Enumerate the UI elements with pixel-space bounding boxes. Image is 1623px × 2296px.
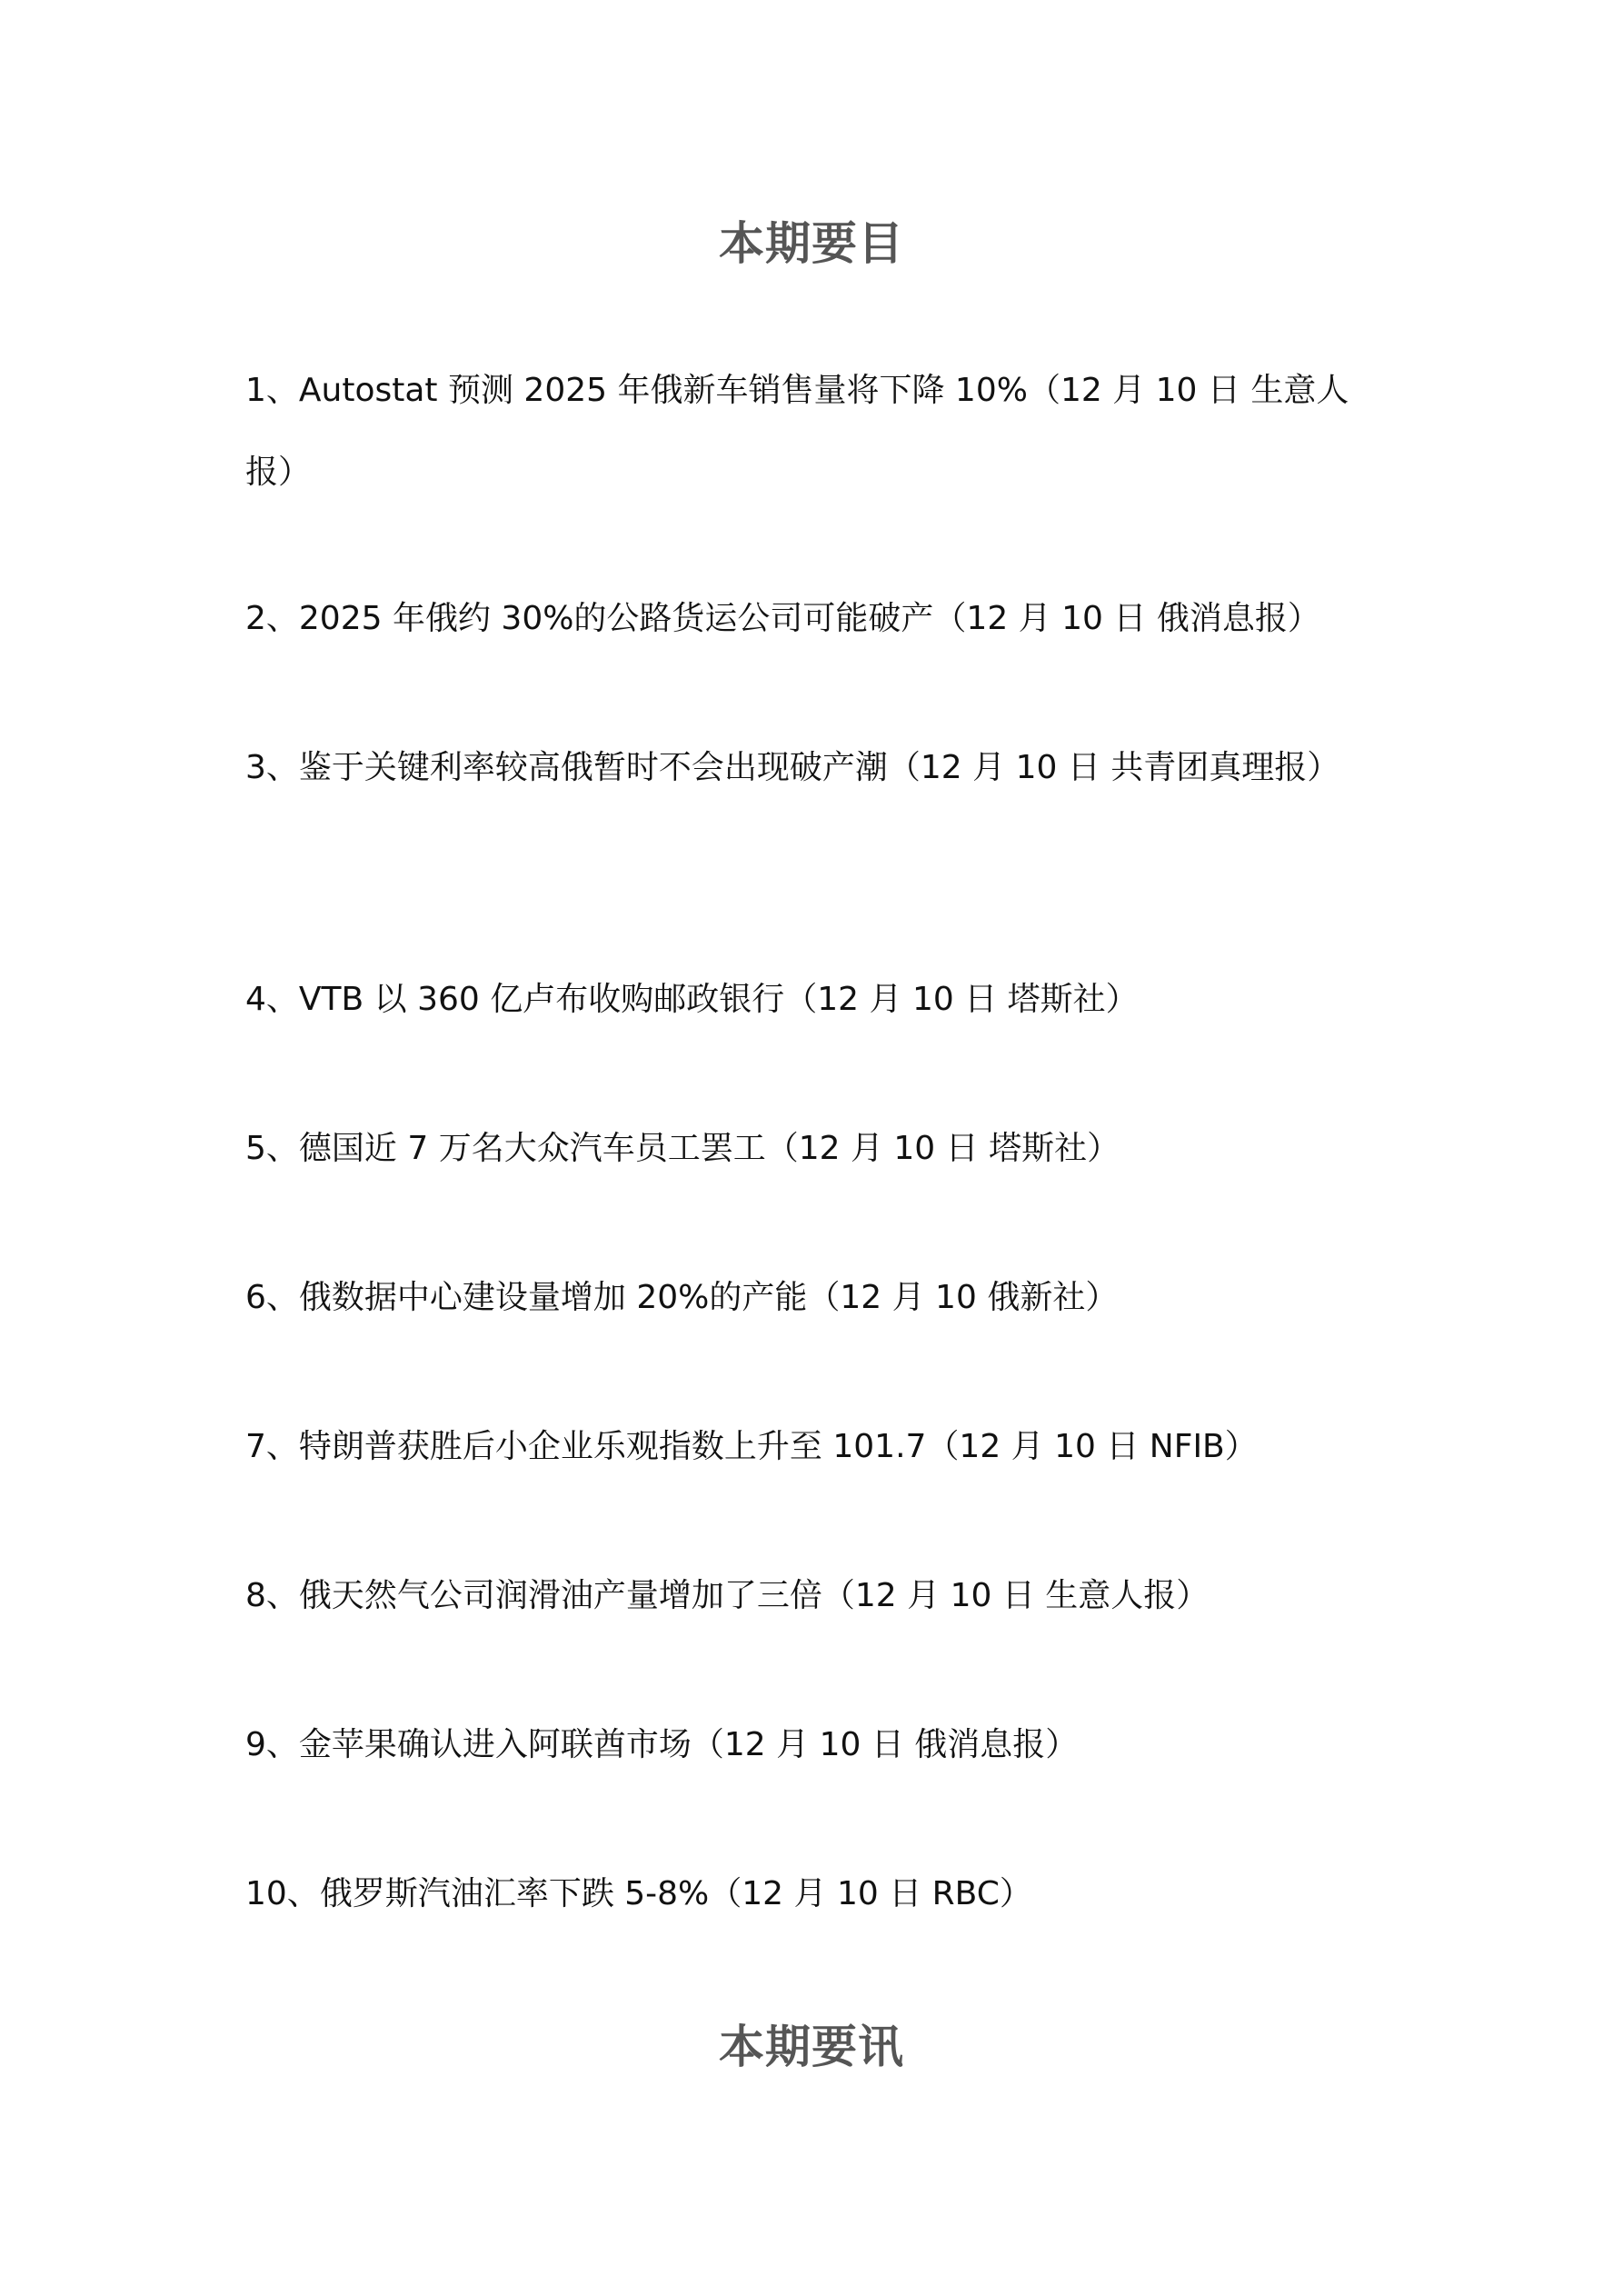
item-text: 俄数据中心建设量增加 20%的产能（12 月 10 俄新社） bbox=[299, 1279, 1118, 1316]
list-item-9: 9、金苹果确认进入阿联酋市场（12 月 10 日 俄消息报） bbox=[245, 1704, 1390, 1786]
section-title-news: 本期要讯 bbox=[0, 2011, 1623, 2076]
item-number: 4、 bbox=[245, 981, 299, 1018]
list-item-8: 8、俄天然气公司润滑油产量增加了三倍（12 月 10 日 生意人报） bbox=[245, 1555, 1390, 1637]
list-item-5: 5、德国近 7 万名大众汽车员工罢工（12 月 10 日 塔斯社） bbox=[245, 1108, 1390, 1190]
item-text: 俄天然气公司润滑油产量增加了三倍（12 月 10 日 生意人报） bbox=[299, 1577, 1209, 1614]
item-text: 德国近 7 万名大众汽车员工罢工（12 月 10 日 塔斯社） bbox=[299, 1130, 1120, 1167]
item-text: 鉴于关键利率较高俄暂时不会出现破产潮（12 月 10 日 共青团真理报） bbox=[299, 749, 1339, 786]
list-item-2: 2、2025 年俄约 30%的公路货运公司可能破产（12 月 10 日 俄消息报… bbox=[245, 578, 1390, 660]
item-number: 5、 bbox=[245, 1130, 299, 1167]
list-item-3: 3、鉴于关键利率较高俄暂时不会出现破产潮（12 月 10 日 共青团真理报） bbox=[245, 727, 1390, 809]
item-number: 10、 bbox=[245, 1875, 320, 1912]
item-text: 金苹果确认进入阿联酋市场（12 月 10 日 俄消息报） bbox=[299, 1726, 1078, 1763]
item-number: 8、 bbox=[245, 1577, 299, 1614]
section-title-contents: 本期要目 bbox=[0, 207, 1623, 273]
list-item-10: 10、俄罗斯汽油汇率下跌 5-8%（12 月 10 日 RBC） bbox=[245, 1853, 1390, 1935]
item-number: 6、 bbox=[245, 1279, 299, 1316]
item-text: 俄罗斯汽油汇率下跌 5-8%（12 月 10 日 RBC） bbox=[320, 1875, 1032, 1912]
list-item-7: 7、特朗普获胜后小企业乐观指数上升至 101.7（12 月 10 日 NFIB） bbox=[245, 1406, 1390, 1488]
list-item-4: 4、VTB 以 360 亿卢布收购邮政银行（12 月 10 日 塔斯社） bbox=[245, 959, 1390, 1041]
item-text: VTB 以 360 亿卢布收购邮政银行（12 月 10 日 塔斯社） bbox=[299, 981, 1139, 1018]
item-number: 7、 bbox=[245, 1428, 299, 1465]
list-item-6: 6、俄数据中心建设量增加 20%的产能（12 月 10 俄新社） bbox=[245, 1257, 1390, 1339]
item-number: 9、 bbox=[245, 1726, 299, 1763]
item-text: 特朗普获胜后小企业乐观指数上升至 101.7（12 月 10 日 NFIB） bbox=[299, 1428, 1258, 1465]
item-number: 3、 bbox=[245, 749, 299, 786]
item-number: 1、 bbox=[245, 372, 299, 409]
item-number: 2、 bbox=[245, 600, 299, 637]
item-text: 2025 年俄约 30%的公路货运公司可能破产（12 月 10 日 俄消息报） bbox=[299, 600, 1320, 637]
item-text: Autostat 预测 2025 年俄新车销售量将下降 10%（12 月 10 … bbox=[245, 372, 1349, 491]
list-item-1: 1、Autostat 预测 2025 年俄新车销售量将下降 10%（12 月 1… bbox=[245, 350, 1390, 514]
